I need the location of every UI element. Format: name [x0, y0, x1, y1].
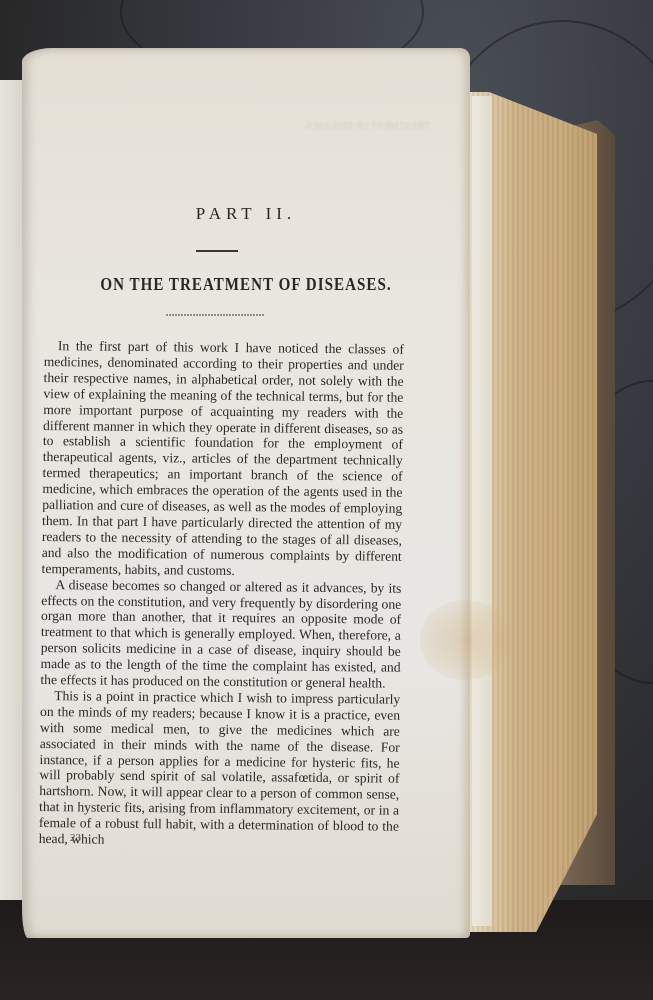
- paragraph: In the first part of this work I have no…: [42, 338, 404, 580]
- paragraph: This is a point in practice which I wish…: [39, 688, 401, 851]
- page-stain: [420, 600, 510, 680]
- part-heading: PART II.: [22, 204, 470, 224]
- page-stack-edge: [472, 96, 492, 926]
- paragraph: A disease becomes so changed or altered …: [40, 577, 401, 692]
- ornamental-rule: [166, 314, 264, 316]
- signature-mark: 23: [70, 832, 81, 844]
- body-text: In the first part of this work I have no…: [39, 338, 404, 851]
- chapter-title: ON THE TREATMENT OF DISEASES.: [53, 274, 438, 295]
- heading-rule: [196, 250, 238, 252]
